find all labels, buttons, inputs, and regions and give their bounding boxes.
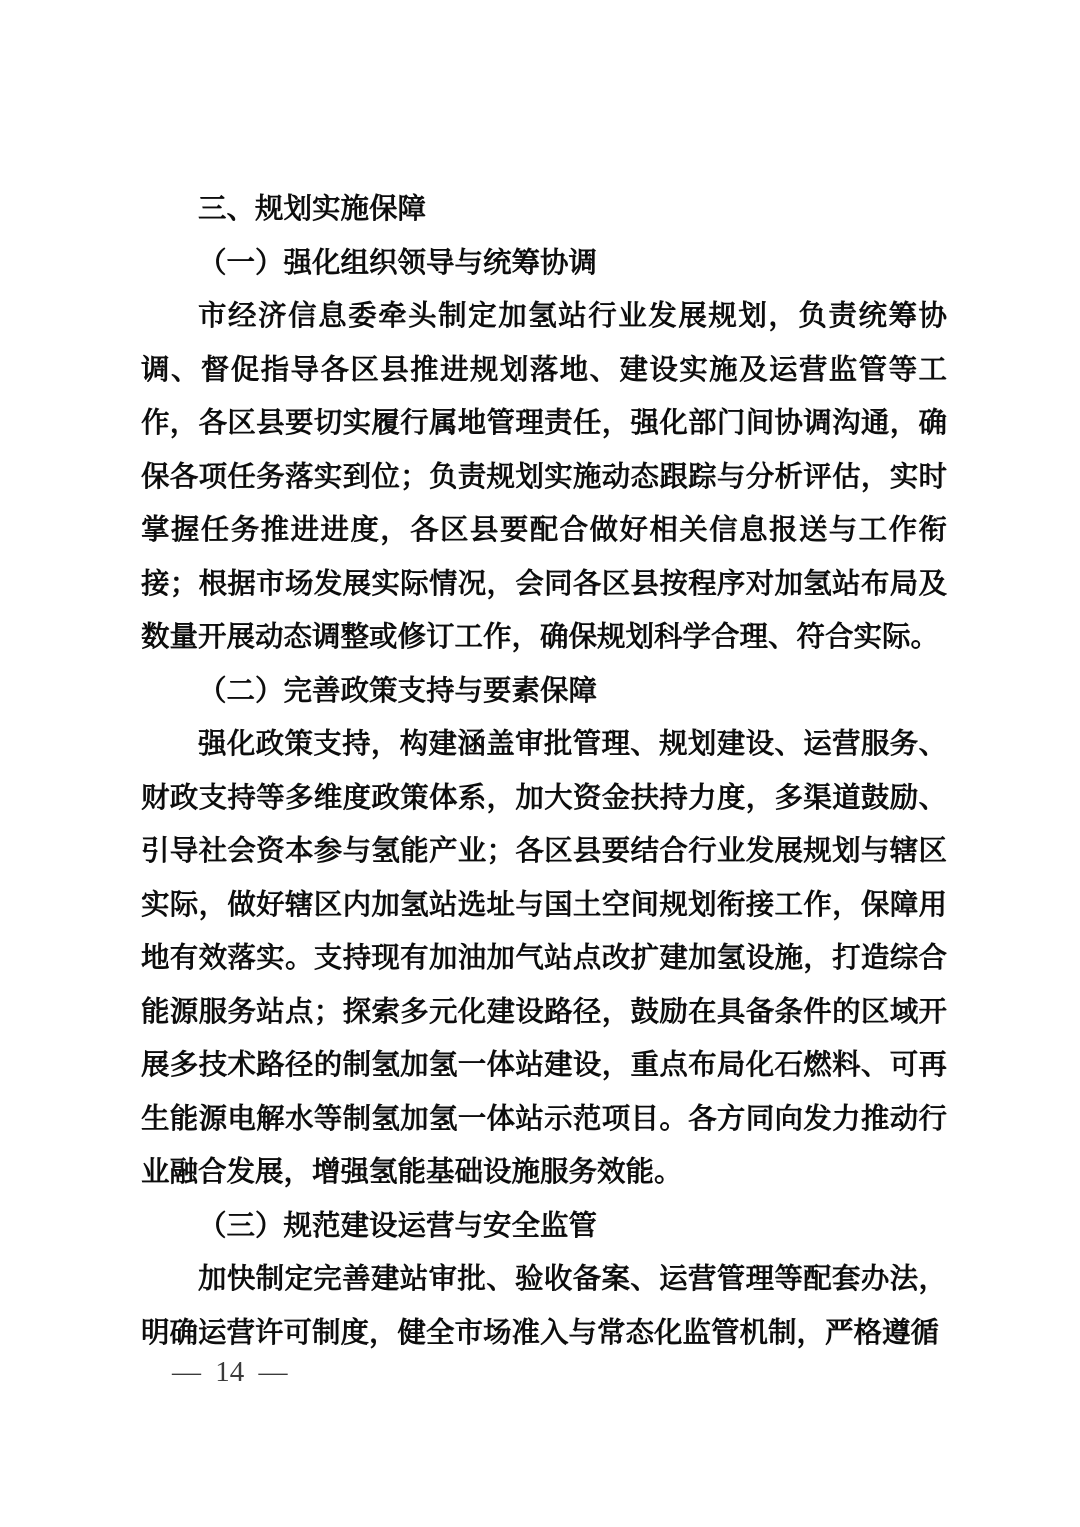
document-content: 三、规划实施保障 （一）强化组织领导与统筹协调 市经济信息委牵头制定加氢站行业发… — [141, 183, 947, 1360]
subsection-heading-3: （三）规范建设运营与安全监管 — [141, 1200, 947, 1254]
document-page: 三、规划实施保障 （一）强化组织领导与统筹协调 市经济信息委牵头制定加氢站行业发… — [0, 0, 1080, 1527]
section-heading: 三、规划实施保障 — [141, 183, 947, 237]
body-paragraph-1: 市经济信息委牵头制定加氢站行业发展规划，负责统筹协调、督促指导各区县推进规划落地… — [141, 290, 947, 665]
page-number: — 14 — — [172, 1352, 288, 1392]
body-paragraph-3: 加快制定完善建站审批、验收备案、运营管理等配套办法，明确运营许可制度，健全市场准… — [141, 1253, 947, 1360]
subsection-heading-1: （一）强化组织领导与统筹协调 — [141, 237, 947, 291]
body-paragraph-2: 强化政策支持，构建涵盖审批管理、规划建设、运营服务、财政支持等多维度政策体系，加… — [141, 718, 947, 1200]
subsection-heading-2: （二）完善政策支持与要素保障 — [141, 665, 947, 719]
